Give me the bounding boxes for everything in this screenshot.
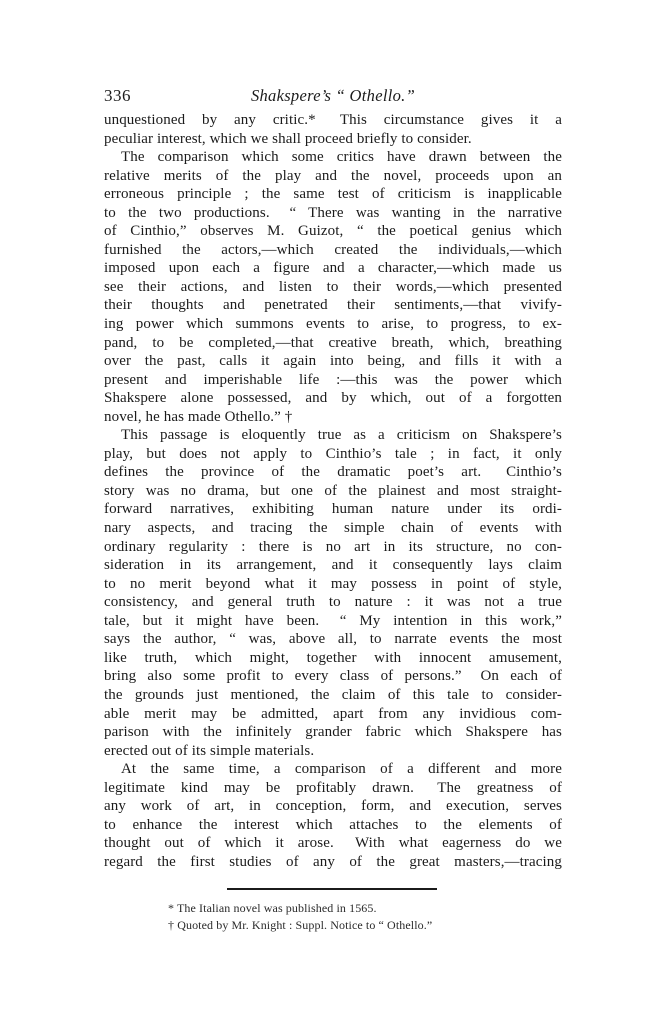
- running-header: 336 Shakspere’s “ Othello.”: [104, 86, 562, 108]
- footnote-rule: [227, 888, 437, 890]
- text-line: present and imperishable life :—this was…: [104, 371, 562, 390]
- paragraph: unquestioned by any critic.* This circum…: [104, 111, 562, 148]
- text-line: This passage is eloquently true as a cri…: [104, 426, 562, 445]
- text-line: tale, but it might have been. “ My inten…: [104, 612, 562, 631]
- text-line: story was no drama, but one of the plain…: [104, 482, 562, 501]
- text-line: over the past, calls it again into being…: [104, 352, 562, 371]
- text-line: to enhance the interest which attaches t…: [104, 816, 562, 835]
- text-line: erected out of its simple materials.: [104, 742, 562, 761]
- text-line: unquestioned by any critic.* This circum…: [104, 111, 562, 130]
- text-line: to no merit beyond what it may possess i…: [104, 575, 562, 594]
- running-title: Shakspere’s “ Othello.”: [104, 86, 562, 106]
- text-line: bring also some profit to every class of…: [104, 667, 562, 686]
- text-line: says the author, “ was, above all, to na…: [104, 630, 562, 649]
- footnote: * The Italian novel was published in 156…: [168, 900, 564, 917]
- paragraph: At the same time, a comparison of a diff…: [104, 760, 562, 871]
- paragraph: This passage is eloquently true as a cri…: [104, 426, 562, 760]
- text-line: Shakspere alone possessed, and by which,…: [104, 389, 562, 408]
- text-line: legitimate kind may be profitably drawn.…: [104, 779, 562, 798]
- text-line: nary aspects, and tracing the simple cha…: [104, 519, 562, 538]
- text-line: to the two productions. “ There was want…: [104, 204, 562, 223]
- book-page: 336 Shakspere’s “ Othello.” unquestioned…: [0, 0, 664, 1014]
- text-line: At the same time, a comparison of a diff…: [104, 760, 562, 779]
- text-line: relative merits of the play and the nove…: [104, 167, 562, 186]
- footnote: † Quoted by Mr. Knight : Suppl. Notice t…: [168, 917, 564, 934]
- text-line: consistency, and general truth to nature…: [104, 593, 562, 612]
- text-line: pand, to be completed,—that creative bre…: [104, 334, 562, 353]
- text-line: novel, he has made Othello.” †: [104, 408, 562, 427]
- paragraph: The comparison which some critics have d…: [104, 148, 562, 426]
- text-line: like truth, which might, together with i…: [104, 649, 562, 668]
- text-line: ordinary regularity : there is no art in…: [104, 538, 562, 557]
- text-line: sideration in its arrangement, and it co…: [104, 556, 562, 575]
- text-line: furnished the actors,—which created the …: [104, 241, 562, 260]
- footnotes: * The Italian novel was published in 156…: [168, 900, 564, 933]
- text-line: the grounds just mentioned, the claim of…: [104, 686, 562, 705]
- text-line: their thoughts and penetrated their sent…: [104, 296, 562, 315]
- text-line: able merit may be admitted, apart from a…: [104, 705, 562, 724]
- text-line: thought out of which it arose. With what…: [104, 834, 562, 853]
- text-line: The comparison which some critics have d…: [104, 148, 562, 167]
- text-line: defines the province of the dramatic poe…: [104, 463, 562, 482]
- text-line: forward narratives, exhibiting human nat…: [104, 500, 562, 519]
- text-line: parison with the infinitely grander fabr…: [104, 723, 562, 742]
- text-line: see their actions, and listen to their w…: [104, 278, 562, 297]
- text-line: imposed upon each a figure and a charact…: [104, 259, 562, 278]
- text-line: play, but does not apply to Cinthio’s ta…: [104, 445, 562, 464]
- text-line: erroneous principle ; the same test of c…: [104, 185, 562, 204]
- text-line: regard the first studies of any of the g…: [104, 853, 562, 872]
- text-line: any work of art, in conception, form, an…: [104, 797, 562, 816]
- body-text: unquestioned by any critic.* This circum…: [104, 111, 562, 871]
- text-line: ing power which summons events to arise,…: [104, 315, 562, 334]
- text-line: peculiar interest, which we shall procee…: [104, 130, 562, 149]
- text-line: of Cinthio,” observes M. Guizot, “ the p…: [104, 222, 562, 241]
